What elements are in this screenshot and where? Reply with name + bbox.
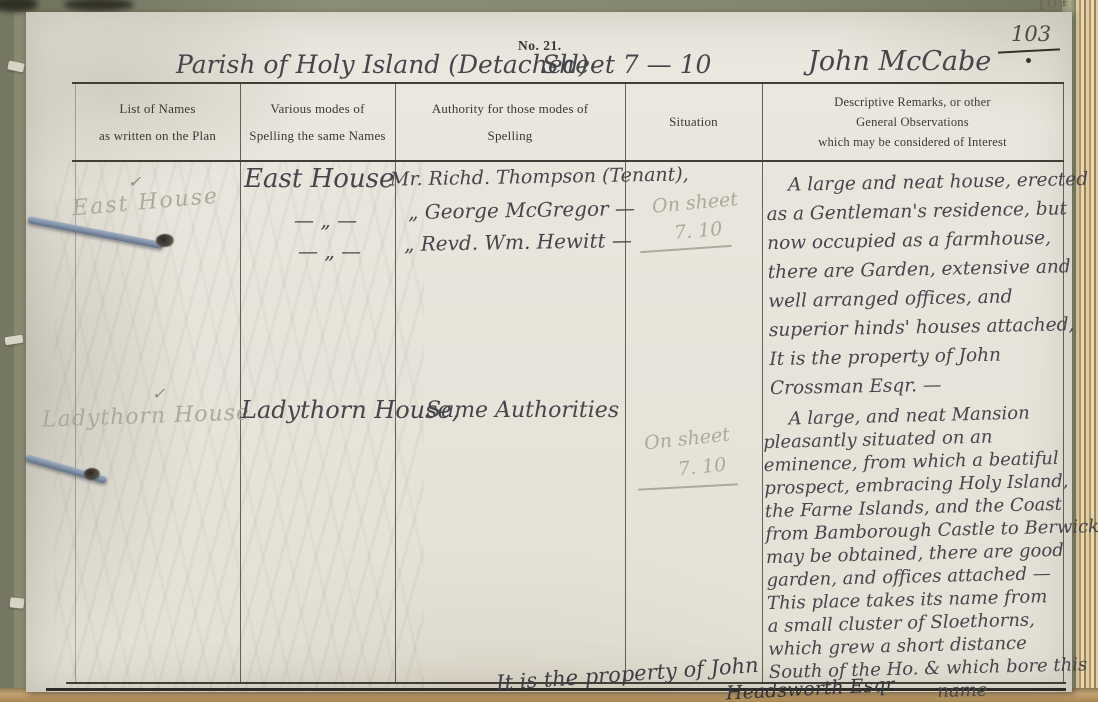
column-rule-left <box>75 82 76 684</box>
name-on-plan-entry1: East House <box>71 184 220 222</box>
col-header-spelling: Various modes of Spelling the same Names <box>240 84 395 160</box>
table-header-rule <box>72 160 1064 162</box>
col-header-line: Descriptive Remarks, or other <box>834 95 990 110</box>
ditto-mark: — „ — <box>294 208 357 232</box>
authority-entry2-line1: Same Authorities <box>426 398 619 423</box>
authority-entry1-line3: „ Revd. Wm. Hewitt — <box>404 228 632 256</box>
binding-thread <box>27 216 164 249</box>
col-header-line: Spelling <box>488 128 533 144</box>
remarks-entry2: A large, and neat Mansion pleasantly sit… <box>762 400 1098 702</box>
situation-entry1-line1: On sheet <box>651 188 739 217</box>
col-header-line: Spelling the same Names <box>249 128 385 144</box>
header-surveyor: John McCabe <box>808 46 991 77</box>
torn-paper-chip <box>7 60 25 72</box>
page-number: 103 <box>1011 22 1051 46</box>
binding-hole <box>84 468 100 480</box>
ditto-mark: — „ — <box>298 239 361 263</box>
col-header-line: General Observations <box>856 115 969 130</box>
col-header-line: Various modes of <box>270 101 364 117</box>
col-header-line: Situation <box>669 114 718 130</box>
situation-entry1-line2: 7. 10 <box>673 218 723 244</box>
torn-paper-chip <box>10 597 25 608</box>
remarks-line: superior hinds' houses attached, <box>769 310 1092 345</box>
situation-entry2-line1: On sheet <box>643 424 731 455</box>
col-header-line: Authority for those modes of <box>432 101 589 117</box>
column-rule-1 <box>240 82 241 684</box>
authority-entry1-line2: „ George McGregor — <box>408 196 635 224</box>
torn-paper-chip <box>4 335 23 346</box>
col-header-line: which may be considered of Interest <box>818 135 1007 150</box>
col-header-authority: Authority for those modes of Spelling <box>395 84 625 160</box>
page-number-underline <box>998 48 1060 53</box>
col-header-remarks: Descriptive Remarks, or other General Ob… <box>762 84 1063 160</box>
col-header-line: as written on the Plan <box>99 128 216 144</box>
book-cover-top-edge <box>0 0 1098 12</box>
scanned-document: 104 103 No. 21. Parish of Holy Island (D… <box>0 0 1098 702</box>
col-header-situation: Situation <box>625 84 762 160</box>
checkmark-entry2: ✓ <box>152 384 165 403</box>
situation-entry2-line2: 7. 10 <box>677 454 727 481</box>
name-on-plan-entry2: Ladythorn House <box>42 400 251 432</box>
header-parish: Parish of Holy Island (Detached) <box>176 50 588 79</box>
remarks-line: there are Garden, extensive and <box>767 252 1090 287</box>
pencil-underline <box>640 245 732 253</box>
column-rule-4 <box>762 82 763 684</box>
pencil-underline <box>638 483 738 490</box>
col-header-line: List of Names <box>119 101 195 117</box>
authority-entry1-line1: Mr. Richd. Thompson (Tenant), <box>390 163 689 190</box>
spelling-entry1-line1: East House <box>244 164 394 194</box>
col-header-names: List of Names as written on the Plan <box>75 84 240 160</box>
ink-dot <box>1026 58 1031 63</box>
remarks-entry1: A large and neat house, erected as a Gen… <box>766 165 1092 403</box>
checkmark-entry1: ✓ <box>128 172 141 191</box>
header-sheet: Sheet 7 — 10 <box>542 50 711 79</box>
name-book-page: 103 No. 21. Parish of Holy Island (Detac… <box>26 12 1072 692</box>
remarks-line: Crossman Esqr. — <box>770 368 1093 403</box>
binding-hole <box>156 234 174 247</box>
